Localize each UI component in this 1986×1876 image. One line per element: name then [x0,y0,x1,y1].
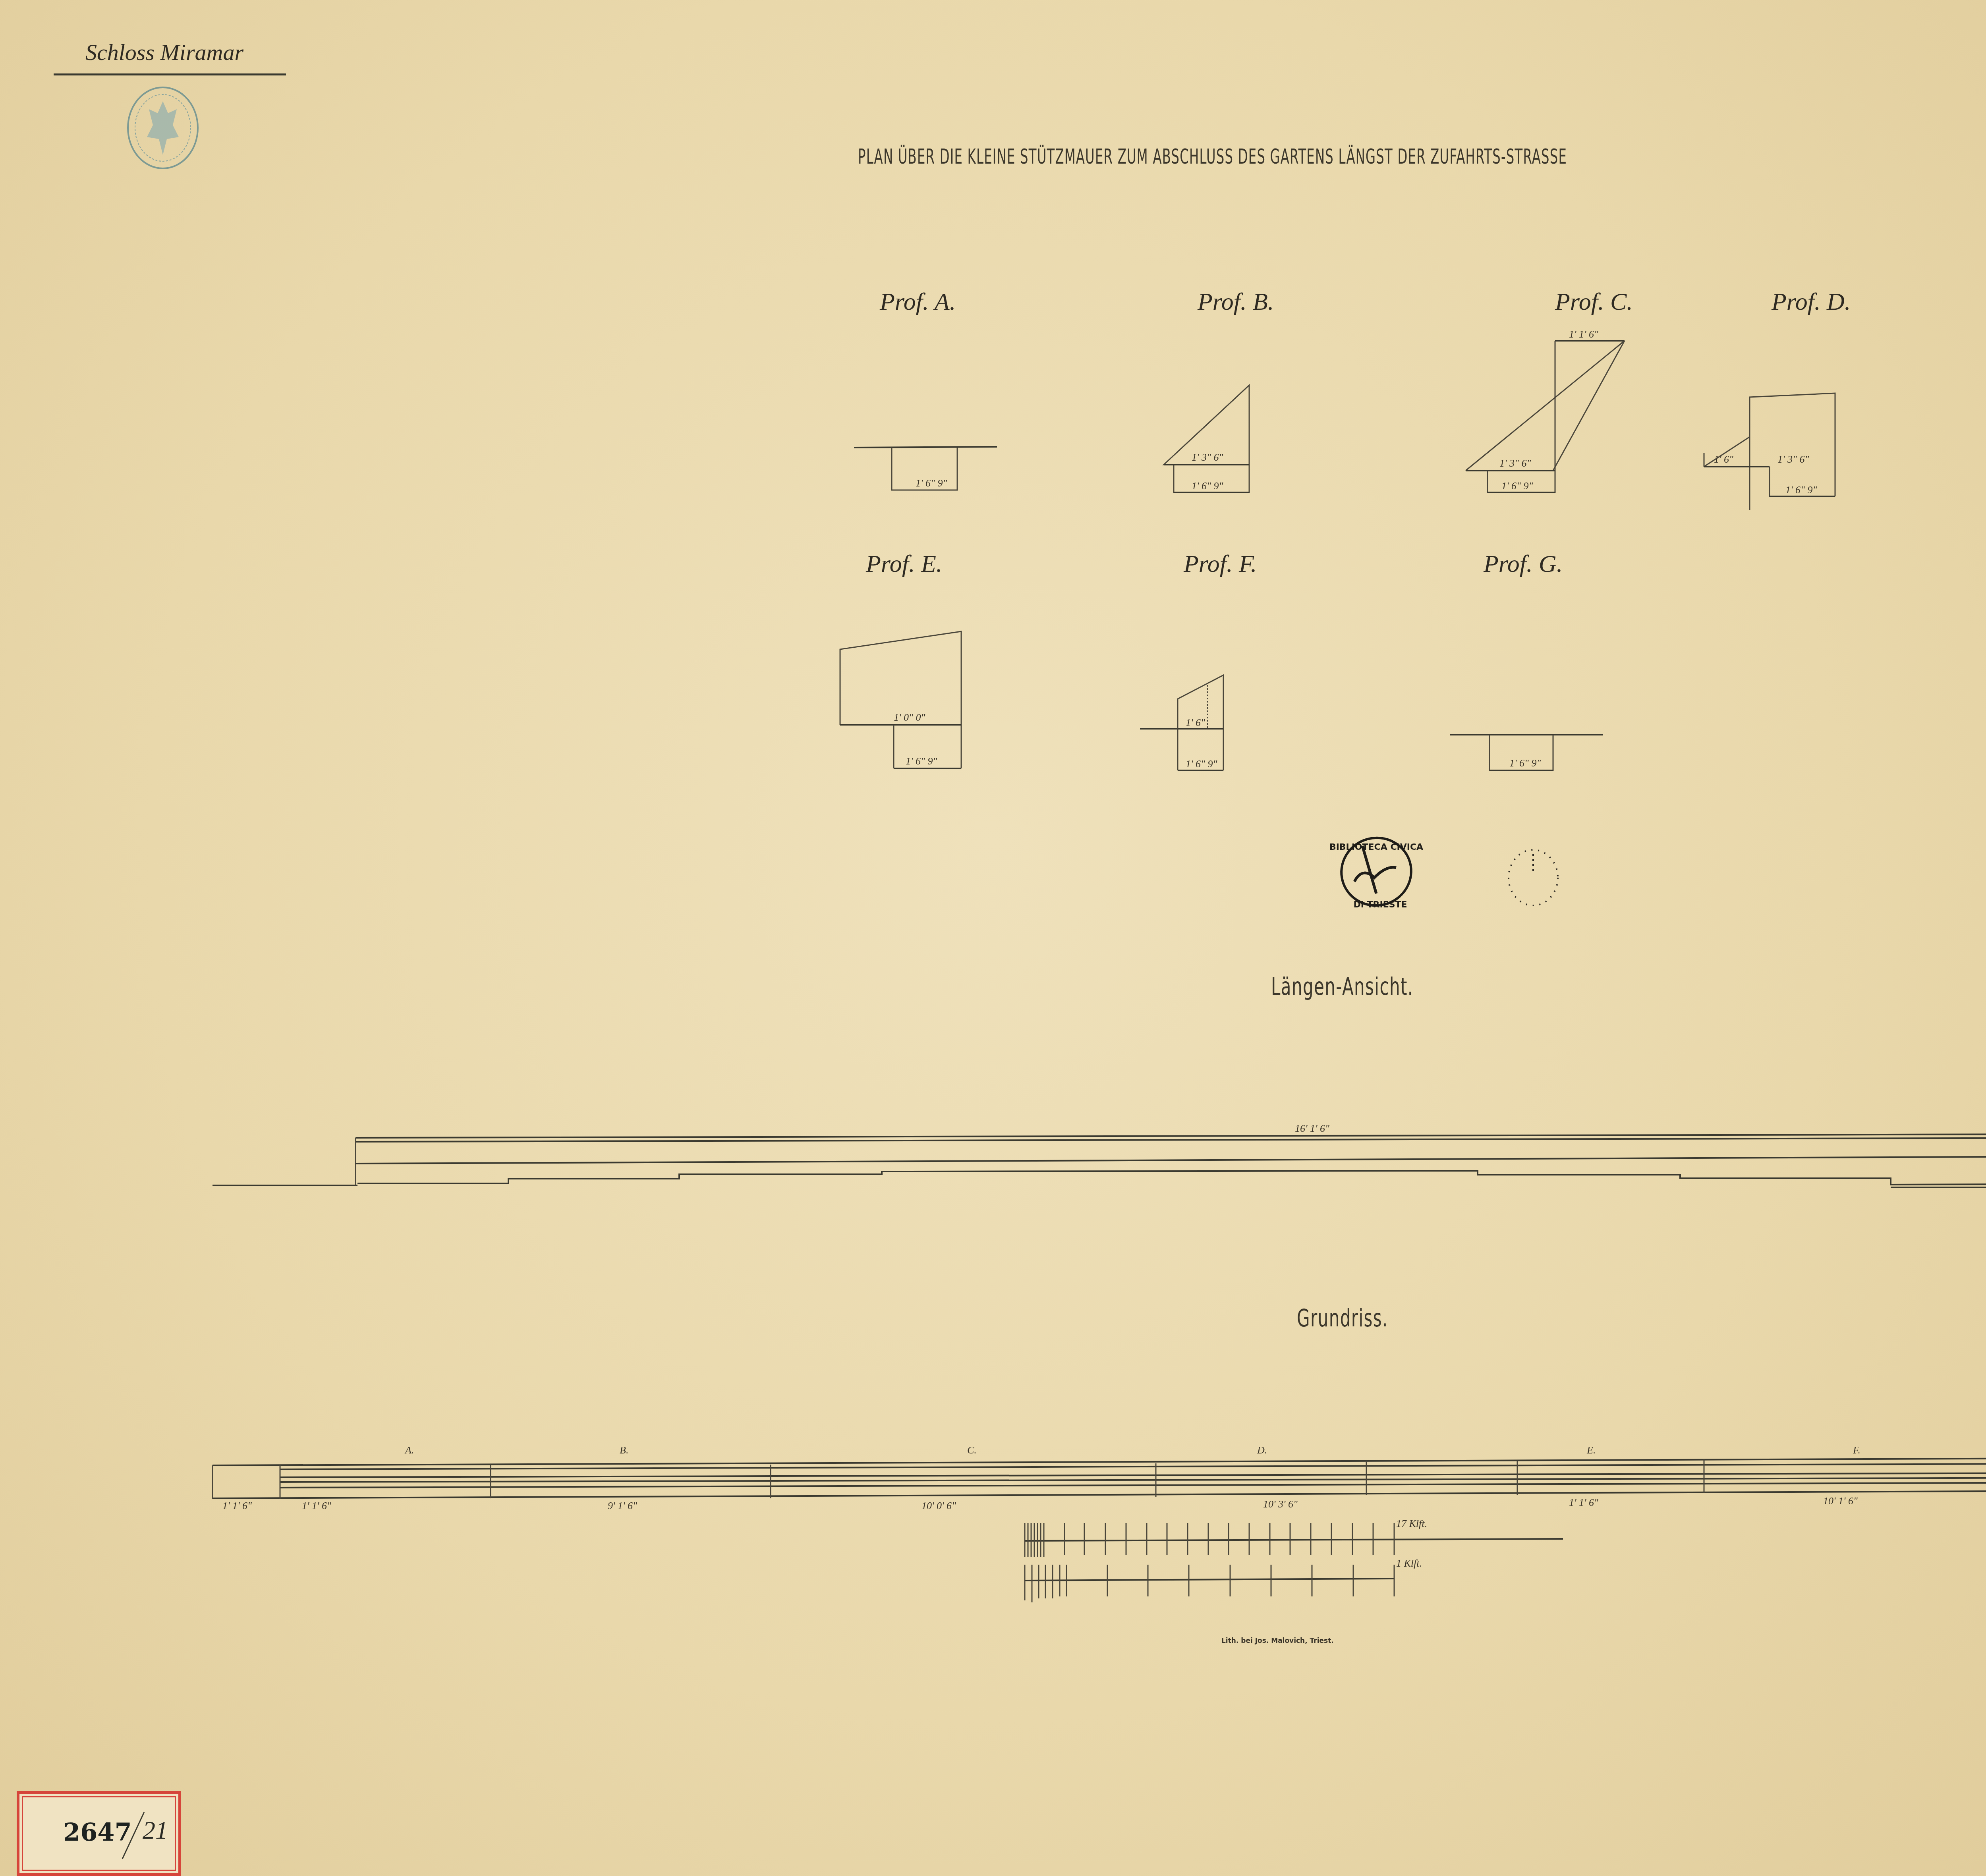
archive-label: 2647 21 [17,1791,181,1876]
library-stamp-top-text: BIBLIOTECA CIVICA [1329,842,1423,852]
profile-f-drawing: 1' 6" 1' 6" 9" [1136,671,1251,774]
faint-stamp-icon [1505,846,1561,909]
plan-marker-a: A. [404,1444,414,1456]
profile-c-label: Prof. C. [1555,288,1633,316]
profile-d-label: Prof. D. [1772,288,1851,316]
library-stamp-bottom-text: DI TRIESTE [1353,900,1407,910]
svg-text:1' 6" 9": 1' 6" 9" [916,477,947,489]
svg-text:10' 1' 6": 10' 1' 6" [1823,1495,1858,1507]
svg-text:1' 6" 9": 1' 6" 9" [1186,758,1217,770]
svg-text:1' 3" 6": 1' 3" 6" [1777,454,1809,465]
profile-b-label: Prof. B. [1198,288,1274,316]
profile-f-label: Prof. F. [1184,550,1257,578]
svg-text:1' 1' 6": 1' 1' 6" [1569,328,1598,340]
svg-text:1' 6" 9": 1' 6" 9" [906,755,937,767]
lithographer-credit: Lith. bei Jos. Malovich, Triest. [1221,1637,1334,1645]
main-title: PLAN ÜBER DIE KLEINE STÜTZMAUER ZUM ABSC… [858,145,1567,169]
library-stamp-icon: BIBLIOTECA CIVICA DI TRIESTE [1337,834,1416,913]
svg-text:1' 3" 6": 1' 3" 6" [1192,452,1223,463]
svg-text:9' 1' 6": 9' 1' 6" [608,1500,637,1511]
elevation-dim-1: 16' 1' 6" [1295,1123,1329,1134]
plan-title: Grundriss. [1297,1305,1388,1332]
svg-text:1' 6" 9": 1' 6" 9" [1509,757,1541,769]
profile-c-drawing: 1' 1' 6" 1' 3" 6" 1' 6" 9" [1462,334,1636,500]
archive-number: 2647 [63,1818,132,1847]
svg-text:1' 6": 1' 6" [1186,717,1205,728]
elevation-title: Längen-Ansicht. [1271,973,1414,1001]
svg-text:10' 0' 6": 10' 0' 6" [922,1500,956,1511]
scale-2-unit: 1 Klft. [1396,1558,1422,1569]
svg-text:1' 3" 6": 1' 3" 6" [1499,457,1531,469]
svg-text:1' 1' 6": 1' 1' 6" [1569,1497,1598,1508]
profile-g-label: Prof. G. [1484,550,1563,578]
location-title: Schloss Miramar [85,39,243,66]
plan-marker-d: D. [1257,1444,1267,1456]
profile-e-label: Prof. E. [866,550,942,578]
svg-text:10' 3' 6": 10' 3' 6" [1263,1498,1298,1510]
plan-marker-b: B. [620,1444,628,1456]
profile-a-drawing: 1' 6" 9" [850,437,1001,496]
svg-text:1' 6" 9": 1' 6" 9" [1501,480,1533,492]
archive-suffix: 21 [143,1816,168,1845]
profile-d-drawing: 1' 6" 1' 3" 6" 1' 6" 9" [1700,389,1843,500]
scale-bars: 17 Klft. 1 Klft. [1025,1517,1589,1612]
scale-1-unit: 17 Klft. [1396,1518,1427,1529]
profile-e-drawing: 1' 0" 0" 1' 6" 9" [838,627,969,770]
svg-text:1' 6" 9": 1' 6" 9" [1192,480,1223,492]
profile-g-drawing: 1' 6" 9" [1446,727,1605,778]
svg-text:1' 1' 6": 1' 1' 6" [302,1500,331,1511]
svg-text:1' 0" 0": 1' 0" 0" [894,712,925,723]
plan-drawing: A. B. C. D. E. F. G. 1' 1' 6" 1' 1' 6" 9… [211,1414,1986,1509]
imperial-seal-icon [125,85,201,171]
svg-text:1' 6" 9": 1' 6" 9" [1785,484,1817,496]
plan-marker-c: C. [967,1444,977,1456]
plan-marker-f: F. [1853,1444,1860,1456]
svg-text:1' 1' 6": 1' 1' 6" [222,1500,252,1511]
location-title-underline [54,73,286,75]
elevation-drawing: 16' 1' 6" 1' 1' 6" [207,1120,1986,1199]
plan-marker-e: E. [1586,1444,1596,1456]
svg-text:1' 6": 1' 6" [1714,454,1733,465]
profile-b-drawing: 1' 3" 6" 1' 6" 9" [1160,381,1263,500]
profile-a-label: Prof. A. [880,288,956,316]
